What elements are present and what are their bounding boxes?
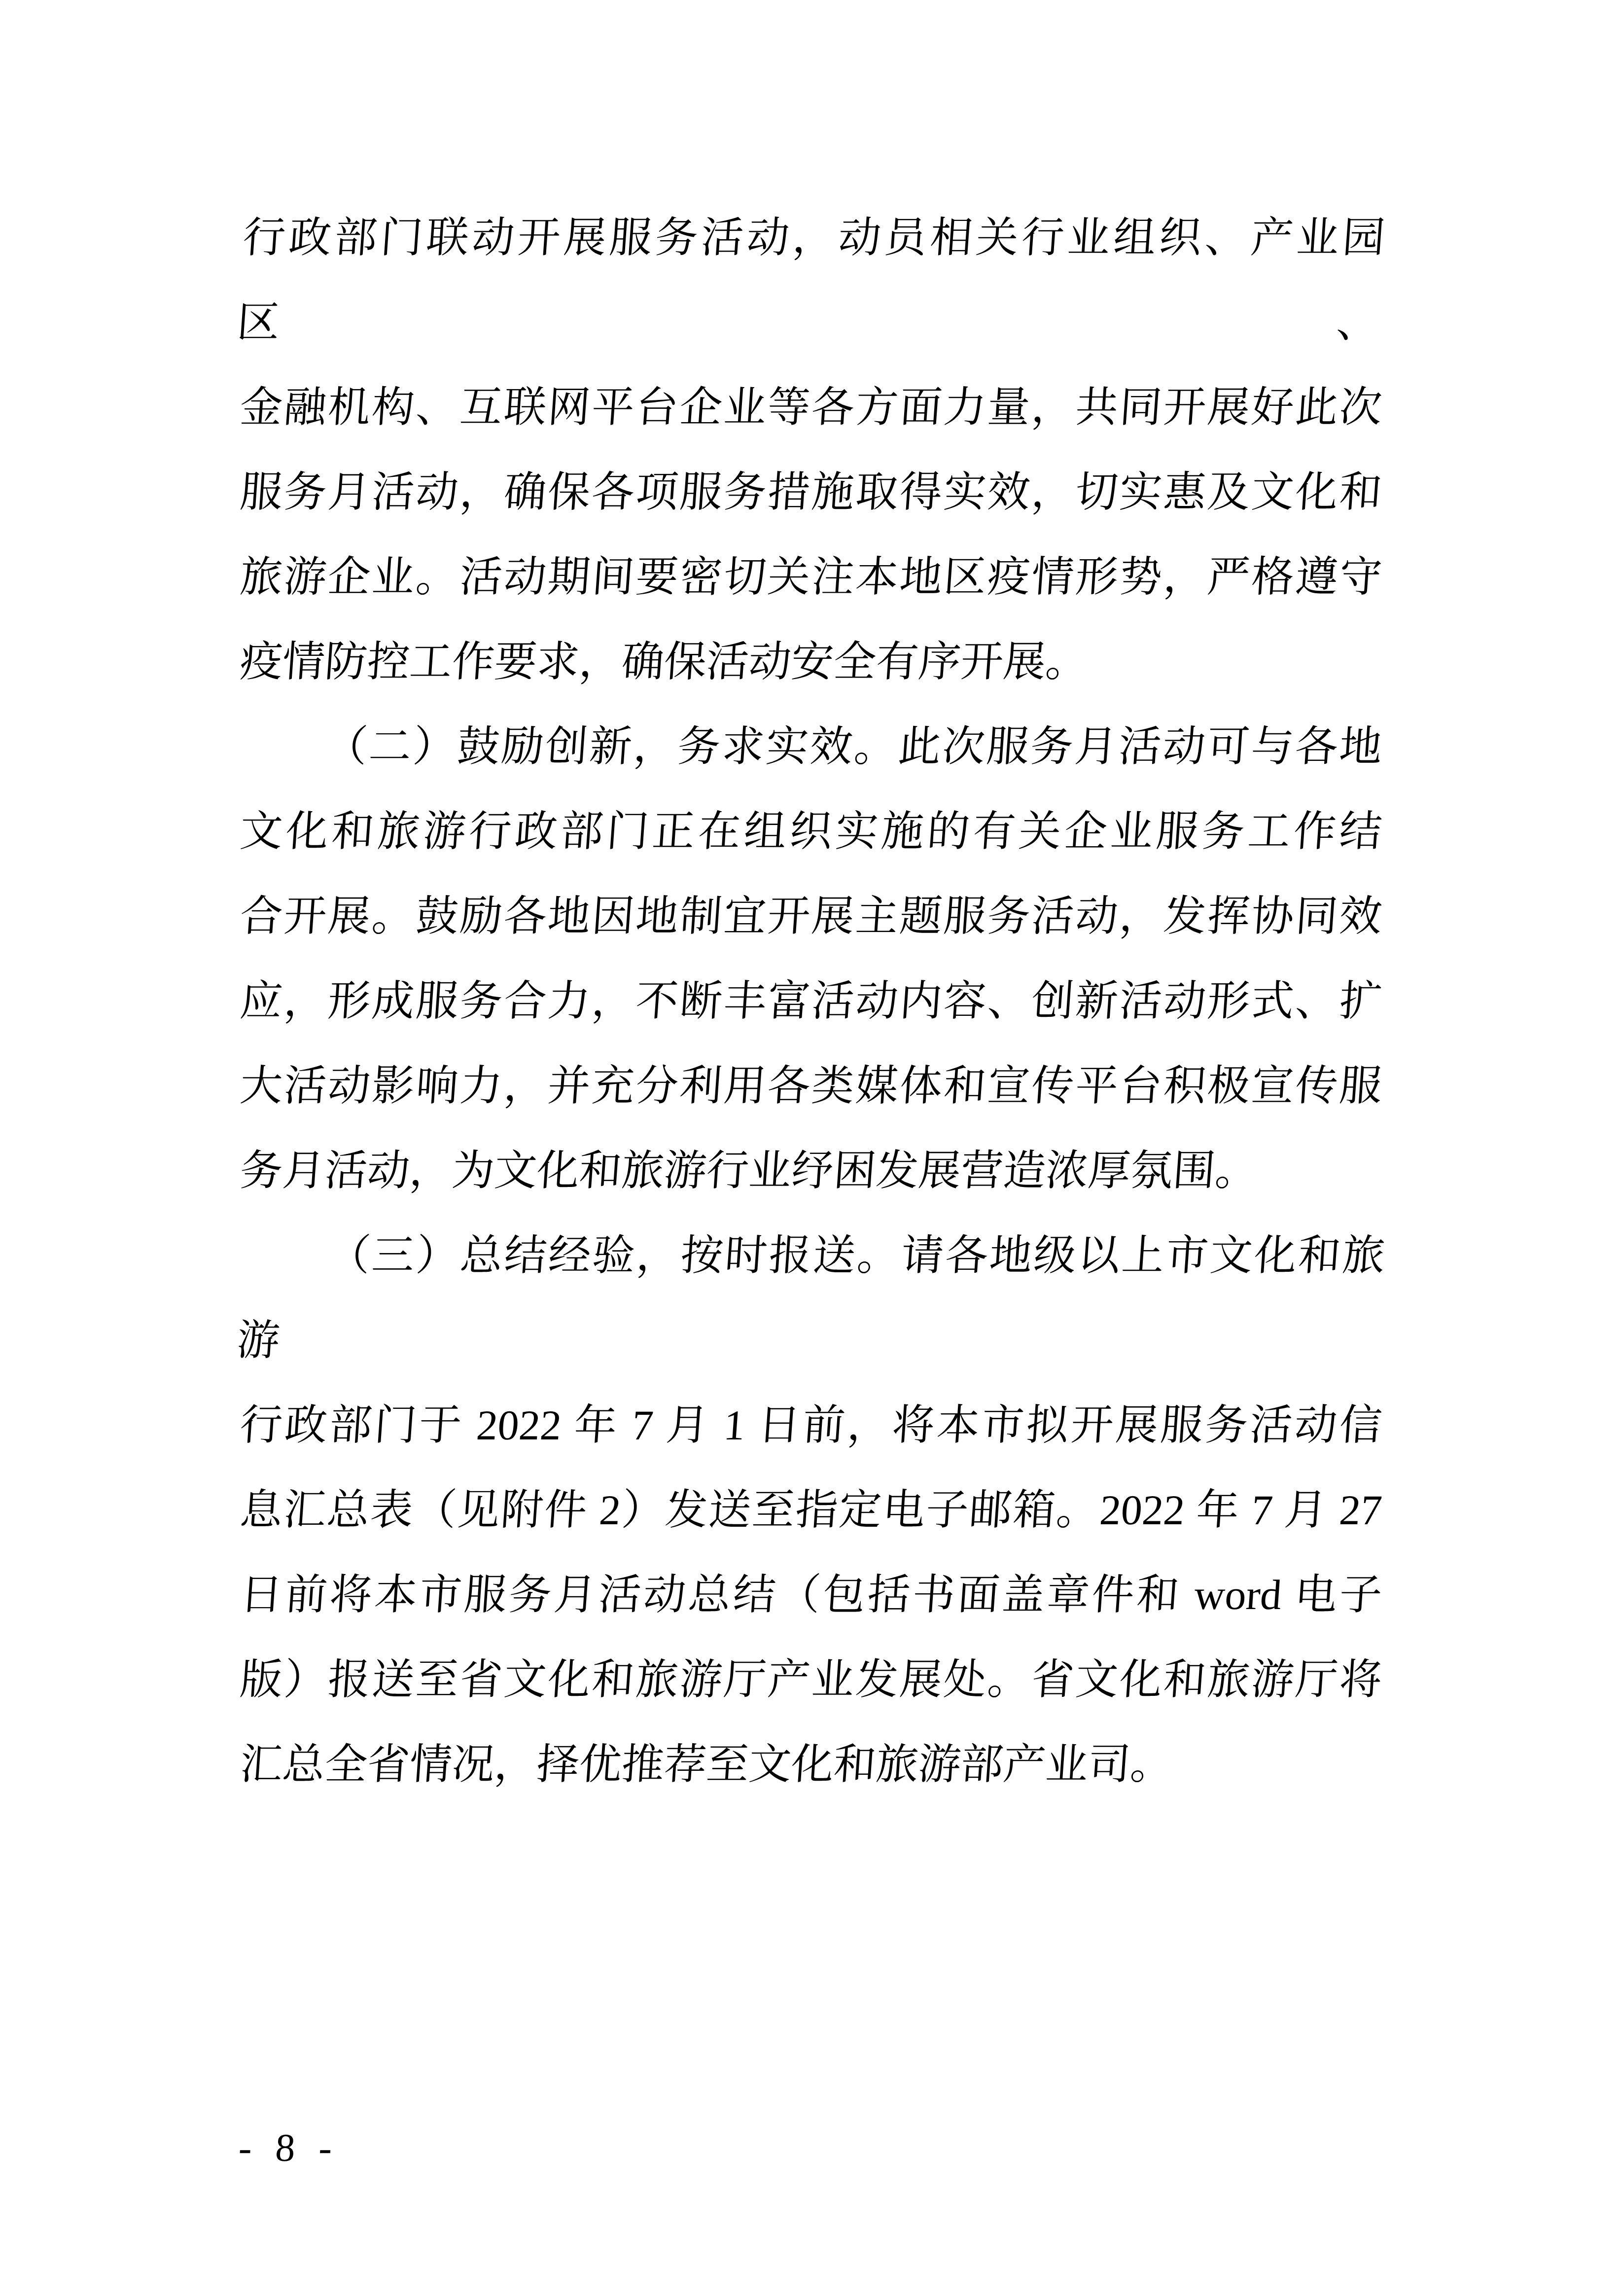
text-line: 汇总全省情况，择优推荐至文化和旅游部产业司。 [237, 1722, 1385, 1807]
text-line: 行政部门于 2022 年 7 月 1 日前，将本市拟开展服务活动信 [237, 1383, 1385, 1468]
text-line: 旅游企业。活动期间要密切关注本地区疫情形势，严格遵守 [237, 535, 1385, 619]
text-line: 服务月活动，确保各项服务措施取得实效，切实惠及文化和 [237, 450, 1385, 535]
text-line: （二）鼓励创新，务求实效。此次服务月活动可与各地 [237, 704, 1385, 789]
text-line: 疫情防控工作要求，确保活动安全有序开展。 [237, 619, 1385, 704]
text-line: 大活动影响力，并充分利用各类媒体和宣传平台积极宣传服 [237, 1043, 1385, 1128]
text-line: 务月活动，为文化和旅游行业纾困发展营造浓厚氛围。 [237, 1128, 1385, 1213]
document-body: 行政部门联动开展服务活动，动员相关行业组织、产业园区、金融机构、互联网平台企业等… [240, 195, 1382, 1807]
text-line: 金融机构、互联网平台企业等各方面力量，共同开展好此次 [237, 365, 1385, 450]
text-line: 文化和旅游行政部门正在组织实施的有关企业服务工作结 [237, 789, 1385, 874]
text-line: 日前将本市服务月活动总结（包括书面盖章件和 word 电子 [237, 1552, 1385, 1637]
text-line: 行政部门联动开展服务活动，动员相关行业组织、产业园区、 [234, 195, 1388, 365]
page-number: - 8 - [237, 2123, 340, 2173]
text-line: 版）报送至省文化和旅游厅产业发展处。省文化和旅游厅将 [237, 1637, 1385, 1722]
text-line: （三）总结经验，按时报送。请各地级以上市文化和旅游 [234, 1213, 1388, 1383]
page-footer: - 8 - [0, 2123, 1619, 2183]
document-page: 行政部门联动开展服务活动，动员相关行业组织、产业园区、金融机构、互联网平台企业等… [0, 0, 1619, 2296]
text-line: 合开展。鼓励各地因地制宜开展主题服务活动，发挥协同效 [237, 874, 1385, 959]
text-line: 息汇总表（见附件 2）发送至指定电子邮箱。2022 年 7 月 27 [237, 1468, 1385, 1552]
text-line: 应，形成服务合力，不断丰富活动内容、创新活动形式、扩 [237, 959, 1385, 1043]
